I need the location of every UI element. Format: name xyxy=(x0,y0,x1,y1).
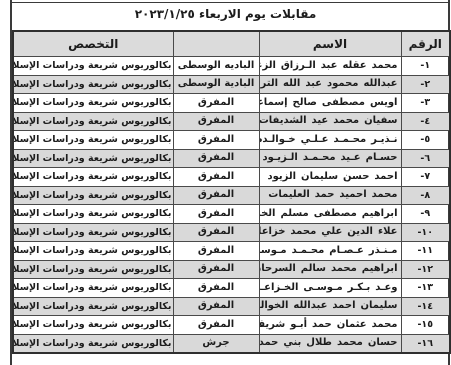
cell-specialty: بكالوريوس شريعة ودراسات الإسلامية xyxy=(13,94,173,113)
cell-num: ٣- xyxy=(401,94,450,113)
cell-specialty: بكالوريوس شريعة ودراسات الإسلامية xyxy=(13,297,173,316)
cell-name: حسان محمد طلال بني حمدان xyxy=(259,334,401,353)
cell-location: المفرق xyxy=(173,223,259,242)
cell-name: وعـد بـكـر مـوسـى الخـزاعـلـه xyxy=(259,279,401,298)
cell-num: ٥- xyxy=(401,131,450,150)
cell-num: ٧- xyxy=(401,168,450,187)
table-row: ١٢-ابراهيم محمد سالم السرحانالمفرقبكالور… xyxy=(13,260,450,279)
cell-name: حسـام عـيد محـمـد الـزيـود xyxy=(259,149,401,168)
cell-location: المفرق xyxy=(173,260,259,279)
cell-specialty: بكالوريوس شريعة ودراسات الإسلامية xyxy=(13,112,173,131)
table-row: ٩-ابراهيم مصطفى مسلم الخزاعلهالمفرقبكالو… xyxy=(13,205,450,224)
cell-specialty: بكالوريوس شريعة ودراسات الإسلامية xyxy=(13,57,173,76)
cell-name: احمد حسن سليمان الزيود xyxy=(259,168,401,187)
cell-num: ١٣- xyxy=(401,279,450,298)
cell-location: المفرق xyxy=(173,149,259,168)
table-row: ٢-عبدالله محمود عبد الله الترتورىالبادية… xyxy=(13,75,450,94)
column-header-name: الاسم xyxy=(259,31,401,57)
cell-name: محمد عقله عبد الـرزاق الزعبي xyxy=(259,57,401,76)
cell-specialty: بكالوريوس شريعة ودراسات الإسلامية xyxy=(13,205,173,224)
cell-name: ابراهيم مصطفى مسلم الخزاعله xyxy=(259,205,401,224)
cell-location: المفرق xyxy=(173,112,259,131)
cell-location: المفرق xyxy=(173,279,259,298)
cell-name: مـنـذر عـصـام محـمـد مـوسـى xyxy=(259,242,401,261)
table-row: ١١-مـنـذر عـصـام محـمـد مـوسـىالمفرقبكال… xyxy=(13,242,450,261)
cell-location: الباديه الوسطى xyxy=(173,57,259,76)
cell-location: المفرق xyxy=(173,297,259,316)
table-row: ٧-احمد حسن سليمان الزيودالمفرقبكالوريوس … xyxy=(13,168,450,187)
column-header-number: الرقم xyxy=(401,31,450,57)
page-title: مقابلات يوم الاربعاء ٢٠٢٣/١/٢٥ xyxy=(0,7,451,21)
table-row: ١٥-محمد عثمان حمد أبـو شريفالمفرقبكالوري… xyxy=(13,316,450,335)
cell-location: البادية الوسطى xyxy=(173,75,259,94)
scanned-document-page: { "page": { "title": "مقابلات يوم الاربع… xyxy=(0,0,451,365)
cell-location: المفرق xyxy=(173,205,259,224)
cell-location: المفرق xyxy=(173,316,259,335)
cell-num: ١٦- xyxy=(401,334,450,353)
cell-specialty: بكالوريوس شريعة ودراسات الإسلامية xyxy=(13,149,173,168)
cell-name: سفيان محمد عيد الشديفات xyxy=(259,112,401,131)
cell-location: المفرق xyxy=(173,242,259,261)
cell-num: ١٥- xyxy=(401,316,450,335)
column-header-location xyxy=(173,31,259,57)
cell-name: عبدالله محمود عبد الله الترتورى xyxy=(259,75,401,94)
cell-specialty: بكالوريوس شريعة ودراسات الإسلامية xyxy=(13,260,173,279)
cell-location: جرش xyxy=(173,334,259,353)
interviews-table: الرقم الاسم التخصص ١-محمد عقله عبد الـرز… xyxy=(12,30,451,354)
table-row: ١٤-سليمان احمد عبدالله الخوالدهالمفرقبكا… xyxy=(13,297,450,316)
table-row: ٥-نـذيـر محـمـد عـلـي خـوالـدهالمفرقبكال… xyxy=(13,131,450,150)
cell-num: ٢- xyxy=(401,75,450,94)
cell-name: نـذيـر محـمـد عـلـي خـوالـده xyxy=(259,131,401,150)
cell-num: ٩- xyxy=(401,205,450,224)
cell-specialty: بكالوريوس شريعة ودراسات الإسلامية xyxy=(13,334,173,353)
cell-specialty: بكالوريوس شريعة ودراسات الإسلامية xyxy=(13,75,173,94)
cell-num: ١٠- xyxy=(401,223,450,242)
cell-name: اويس مصطفى صالح إسماعيل xyxy=(259,94,401,113)
cell-specialty: بكالوريوس شريعة ودراسات الإسلامية xyxy=(13,279,173,298)
cell-specialty: بكالوريوس شريعة ودراسات الإسلامية xyxy=(13,316,173,335)
cell-name: محمد عثمان حمد أبـو شريف xyxy=(259,316,401,335)
table-row: ١-محمد عقله عبد الـرزاق الزعبيالباديه ال… xyxy=(13,57,450,76)
table-row: ١٠-علاء الدين علي محمد خزاعلهالمفرقبكالو… xyxy=(13,223,450,242)
cell-specialty: بكالوريوس شريعة ودراسات الإسلامية xyxy=(13,242,173,261)
table-row: ٣-اويس مصطفى صالح إسماعيلالمفرقبكالوريوس… xyxy=(13,94,450,113)
cell-num: ١- xyxy=(401,57,450,76)
cell-num: ٨- xyxy=(401,186,450,205)
cell-location: المفرق xyxy=(173,186,259,205)
table-row: ١٦-حسان محمد طلال بني حمدانجرشبكالوريوس … xyxy=(13,334,450,353)
cell-location: المفرق xyxy=(173,94,259,113)
cell-name: علاء الدين علي محمد خزاعله xyxy=(259,223,401,242)
cell-num: ١٢- xyxy=(401,260,450,279)
table-row: ٦-حسـام عـيد محـمـد الـزيـودالمفرقبكالور… xyxy=(13,149,450,168)
cell-location: المفرق xyxy=(173,131,259,150)
cell-specialty: بكالوريوس شريعة ودراسات الإسلامية xyxy=(13,131,173,150)
cell-specialty: بكالوريوس شريعة ودراسات الإسلامية xyxy=(13,223,173,242)
cell-name: محمد احميد حمد العليمات xyxy=(259,186,401,205)
cell-specialty: بكالوريوس شريعة ودراسات الإسلامية xyxy=(13,186,173,205)
page-border-top xyxy=(10,2,450,3)
cell-num: ١١- xyxy=(401,242,450,261)
cell-num: ٦- xyxy=(401,149,450,168)
cell-name: سليمان احمد عبدالله الخوالده xyxy=(259,297,401,316)
cell-specialty: بكالوريوس شريعة ودراسات الإسلامية xyxy=(13,168,173,187)
table-row: ٨-محمد احميد حمد العليماتالمفرقبكالوريوس… xyxy=(13,186,450,205)
cell-name: ابراهيم محمد سالم السرحان xyxy=(259,260,401,279)
cell-num: ٤- xyxy=(401,112,450,131)
table-header-row: الرقم الاسم التخصص xyxy=(13,31,450,57)
column-header-specialty: التخصص xyxy=(13,31,173,57)
cell-location: المفرق xyxy=(173,168,259,187)
cell-num: ١٤- xyxy=(401,297,450,316)
table-row: ١٣-وعـد بـكـر مـوسـى الخـزاعـلـهالمفرقبك… xyxy=(13,279,450,298)
table-row: ٤-سفيان محمد عيد الشديفاتالمفرقبكالوريوس… xyxy=(13,112,450,131)
